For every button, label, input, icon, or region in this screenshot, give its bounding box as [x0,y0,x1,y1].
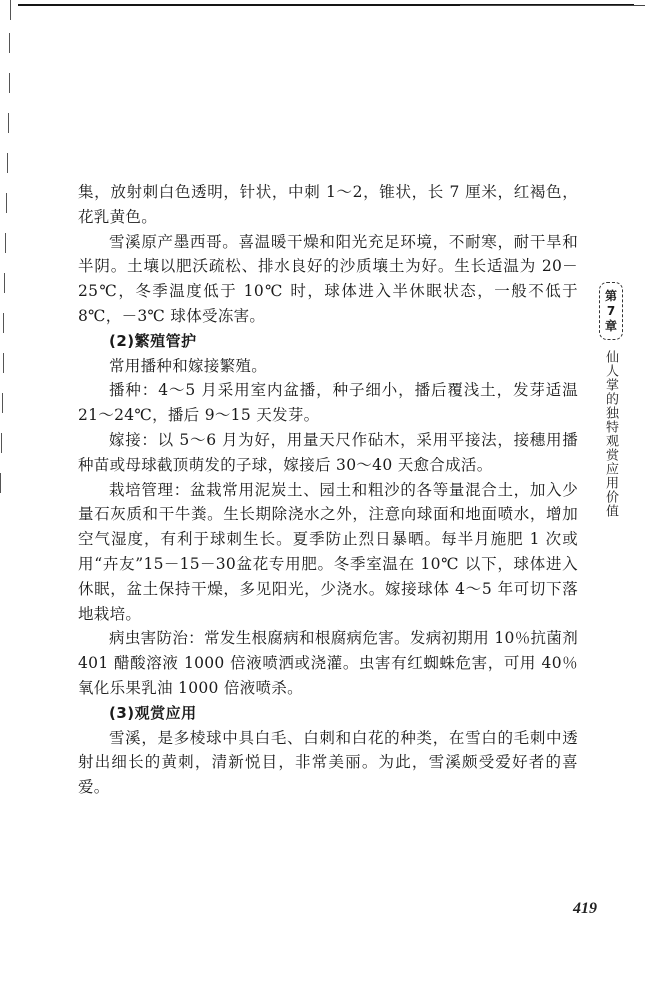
paragraph-propagation-intro: 常用播种和嫁接繁殖。 [78,354,578,379]
header-rule-tail [460,5,645,6]
binding-mark [10,0,11,20]
paragraph-ornamental-use: 雪溪，是多棱球中具白毛、白刺和白花的种类，在雪白的毛刺中透射出细长的黄刺，清新悦… [78,726,578,800]
binding-edge-marks [0,0,14,520]
chapter-prefix: 第 [605,289,617,304]
binding-mark [3,353,4,373]
page-number: 419 [573,900,597,918]
binding-mark [8,113,9,133]
paragraph-sowing: 播种：4～5 月采用室内盆播，种子细小，播后覆浅土，发芽适温 21～24℃，播后… [78,378,578,428]
binding-mark [4,273,5,293]
binding-mark [2,393,3,413]
binding-mark [7,153,8,173]
chapter-suffix: 章 [605,319,617,334]
binding-mark [0,473,1,493]
section-heading-ornamental-use: (3)观赏应用 [78,701,578,726]
binding-mark [9,73,10,93]
binding-mark [6,193,7,213]
paragraph-continuation: 集，放射刺白色透明，针状，中刺 1～2，锥状，长 7 厘米，红褐色，花乳黄色。 [78,180,578,230]
paragraph-origin-habit: 雪溪原产墨西哥。喜温暖干燥和阳光充足环境，不耐寒，耐干旱和半阴。土壤以肥沃疏松、… [78,230,578,329]
chapter-tab: 第 7 章 [599,282,623,340]
binding-mark [1,433,2,453]
section-heading-propagation: (2)繁殖管护 [78,329,578,354]
chapter-running-title: 仙人掌的独特观赏应用价值 [603,350,619,518]
page-body: 集，放射刺白色透明，针状，中刺 1～2，锥状，长 7 厘米，红褐色，花乳黄色。 … [78,180,578,800]
binding-mark [9,33,10,53]
paragraph-grafting: 嫁接：以 5～6 月为好，用量天尺作砧木，采用平接法，接穗用播种苗或母球截顶萌发… [78,428,578,478]
chapter-number: 7 [607,304,615,319]
binding-mark [5,233,6,253]
paragraph-cultivation: 栽培管理：盆栽常用泥炭土、园土和粗沙的各等量混合土，加入少量石灰质和干牛粪。生长… [78,478,578,627]
binding-mark [3,313,4,333]
paragraph-pest-control: 病虫害防治：常发生根腐病和根腐病危害。发病初期用 10％抗菌剂 401 醋酸溶液… [78,626,578,700]
